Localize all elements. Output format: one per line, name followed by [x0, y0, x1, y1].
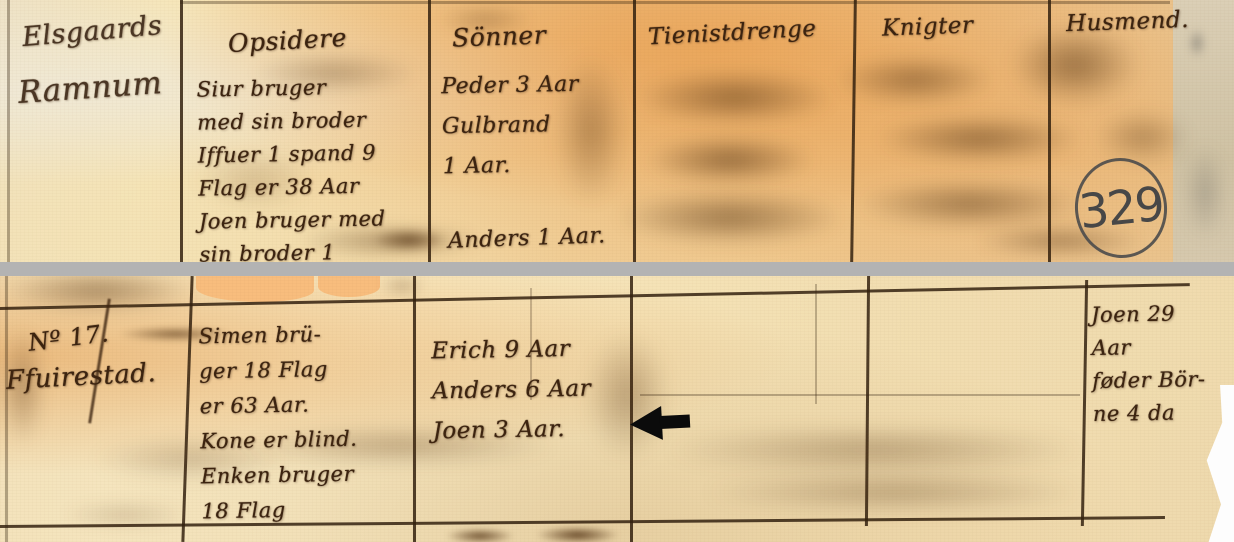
- top-manuscript-strip: Elsgaards Ramnum Opsidere Sönner Tienist…: [0, 0, 1234, 263]
- ink-smudge: [1010, 25, 1140, 105]
- column-header-sonner: Sönner: [452, 20, 547, 52]
- entry-line: Anders 6 Aar: [432, 369, 592, 412]
- ink-smudge: [615, 190, 845, 245]
- table-line: [865, 276, 870, 526]
- entry-line: Anders 1 Aar.: [448, 223, 606, 253]
- manuscript-scan: Elsgaards Ramnum Opsidere Sönner Tienist…: [0, 0, 1234, 542]
- sonner-entry: Peder 3 Aar Gulbrand 1 Aar.: [441, 65, 581, 187]
- left-arrow-icon: [629, 402, 693, 443]
- entry-line: er 63 Aar.: [199, 387, 357, 425]
- entry-line: 18 Flag: [201, 492, 359, 530]
- ink-smudge: [380, 276, 425, 296]
- table-line: [0, 516, 1165, 527]
- entry-line: ger 18 Flag: [199, 352, 357, 390]
- redaction-patch: [318, 276, 380, 297]
- entry-line: Enken bruger: [201, 457, 359, 495]
- entry-line: Joen 3 Aar.: [432, 409, 592, 452]
- table-line: [1048, 0, 1051, 263]
- ink-smudge: [635, 70, 835, 125]
- scan-divider-band: [0, 262, 1234, 276]
- entry-line: Joen 29: [1091, 297, 1205, 332]
- ink-smudge: [875, 115, 1085, 163]
- sonner-entry: Erich 9 Aar Anders 6 Aar Joen 3 Aar.: [431, 329, 592, 452]
- ink-smudge: [645, 135, 815, 185]
- opsidere-entry: Siur bruger med sin broder Iffuer 1 span…: [196, 70, 386, 263]
- farm-name-line: Ramnum: [17, 65, 163, 111]
- entry-line: sin broder 1: [199, 235, 386, 263]
- farm-name: Ffuirestad.: [5, 358, 157, 396]
- table-line: [5, 276, 8, 542]
- adjacent-page-edge: [1173, 0, 1234, 263]
- entry-line: Siur bruger: [196, 70, 383, 106]
- entry-line: Kone er blind.: [200, 422, 358, 460]
- ink-smudge: [835, 55, 995, 105]
- table-line: [180, 1, 1170, 4]
- table-line: [850, 0, 856, 263]
- entry-line: 1 Aar.: [442, 145, 580, 187]
- redaction-patch: [196, 276, 314, 302]
- table-line: [7, 0, 10, 263]
- ghost-line: [815, 284, 817, 404]
- husmend-entry: Joen 29 Aar føder Bör- ne 4 da: [1091, 297, 1207, 431]
- entry-line: Erich 9 Aar: [431, 329, 591, 372]
- entry-line: Flag er 38 Aar: [198, 169, 385, 205]
- entry-line: føder Bör-: [1092, 363, 1206, 398]
- ink-smudge: [535, 526, 620, 542]
- table-line: [180, 0, 183, 263]
- bottom-manuscript-strip: Nº 17. Ffuirestad. Simen brü- ger 18 Fla…: [0, 276, 1234, 542]
- entry-line: Joen bruger med: [199, 202, 386, 238]
- ink-smudge: [700, 471, 1090, 513]
- ghost-line: [640, 394, 1080, 396]
- table-line: [181, 276, 193, 542]
- ink-smudge: [855, 180, 1085, 228]
- opsidere-entry: Simen brü- ger 18 Flag er 63 Aar. Kone e…: [198, 317, 359, 530]
- farm-name-line: Elsgaards: [21, 10, 163, 53]
- entry-line: Iffuer 1 spand 9: [197, 136, 384, 172]
- entry-line: Aar: [1091, 330, 1205, 365]
- arrow-head: [629, 406, 663, 442]
- entry-line: Gulbrand: [442, 105, 580, 147]
- column-header-tienistdrenge: Tienistdrenge: [647, 16, 817, 51]
- entry-line: Simen brü-: [198, 317, 356, 355]
- arrow-tail: [660, 414, 691, 429]
- entry-line: ne 4 da: [1093, 396, 1207, 431]
- column-header-husmend: Husmend.: [1066, 7, 1190, 37]
- ink-smudge: [445, 528, 515, 542]
- table-line: [1081, 280, 1088, 526]
- ink-smudge: [660, 426, 1090, 474]
- entry-line: med sin broder: [197, 103, 384, 139]
- page-number: 329: [1076, 176, 1165, 239]
- table-line: [413, 276, 416, 542]
- entry-line: Peder 3 Aar: [441, 65, 579, 107]
- table-line: [633, 0, 636, 263]
- column-header-opsidere: Opsidere: [227, 23, 347, 58]
- table-line: [428, 0, 431, 263]
- column-header-knegter: Knigter: [882, 12, 974, 41]
- farm-number: Nº 17.: [27, 319, 111, 357]
- table-line: [0, 283, 1190, 310]
